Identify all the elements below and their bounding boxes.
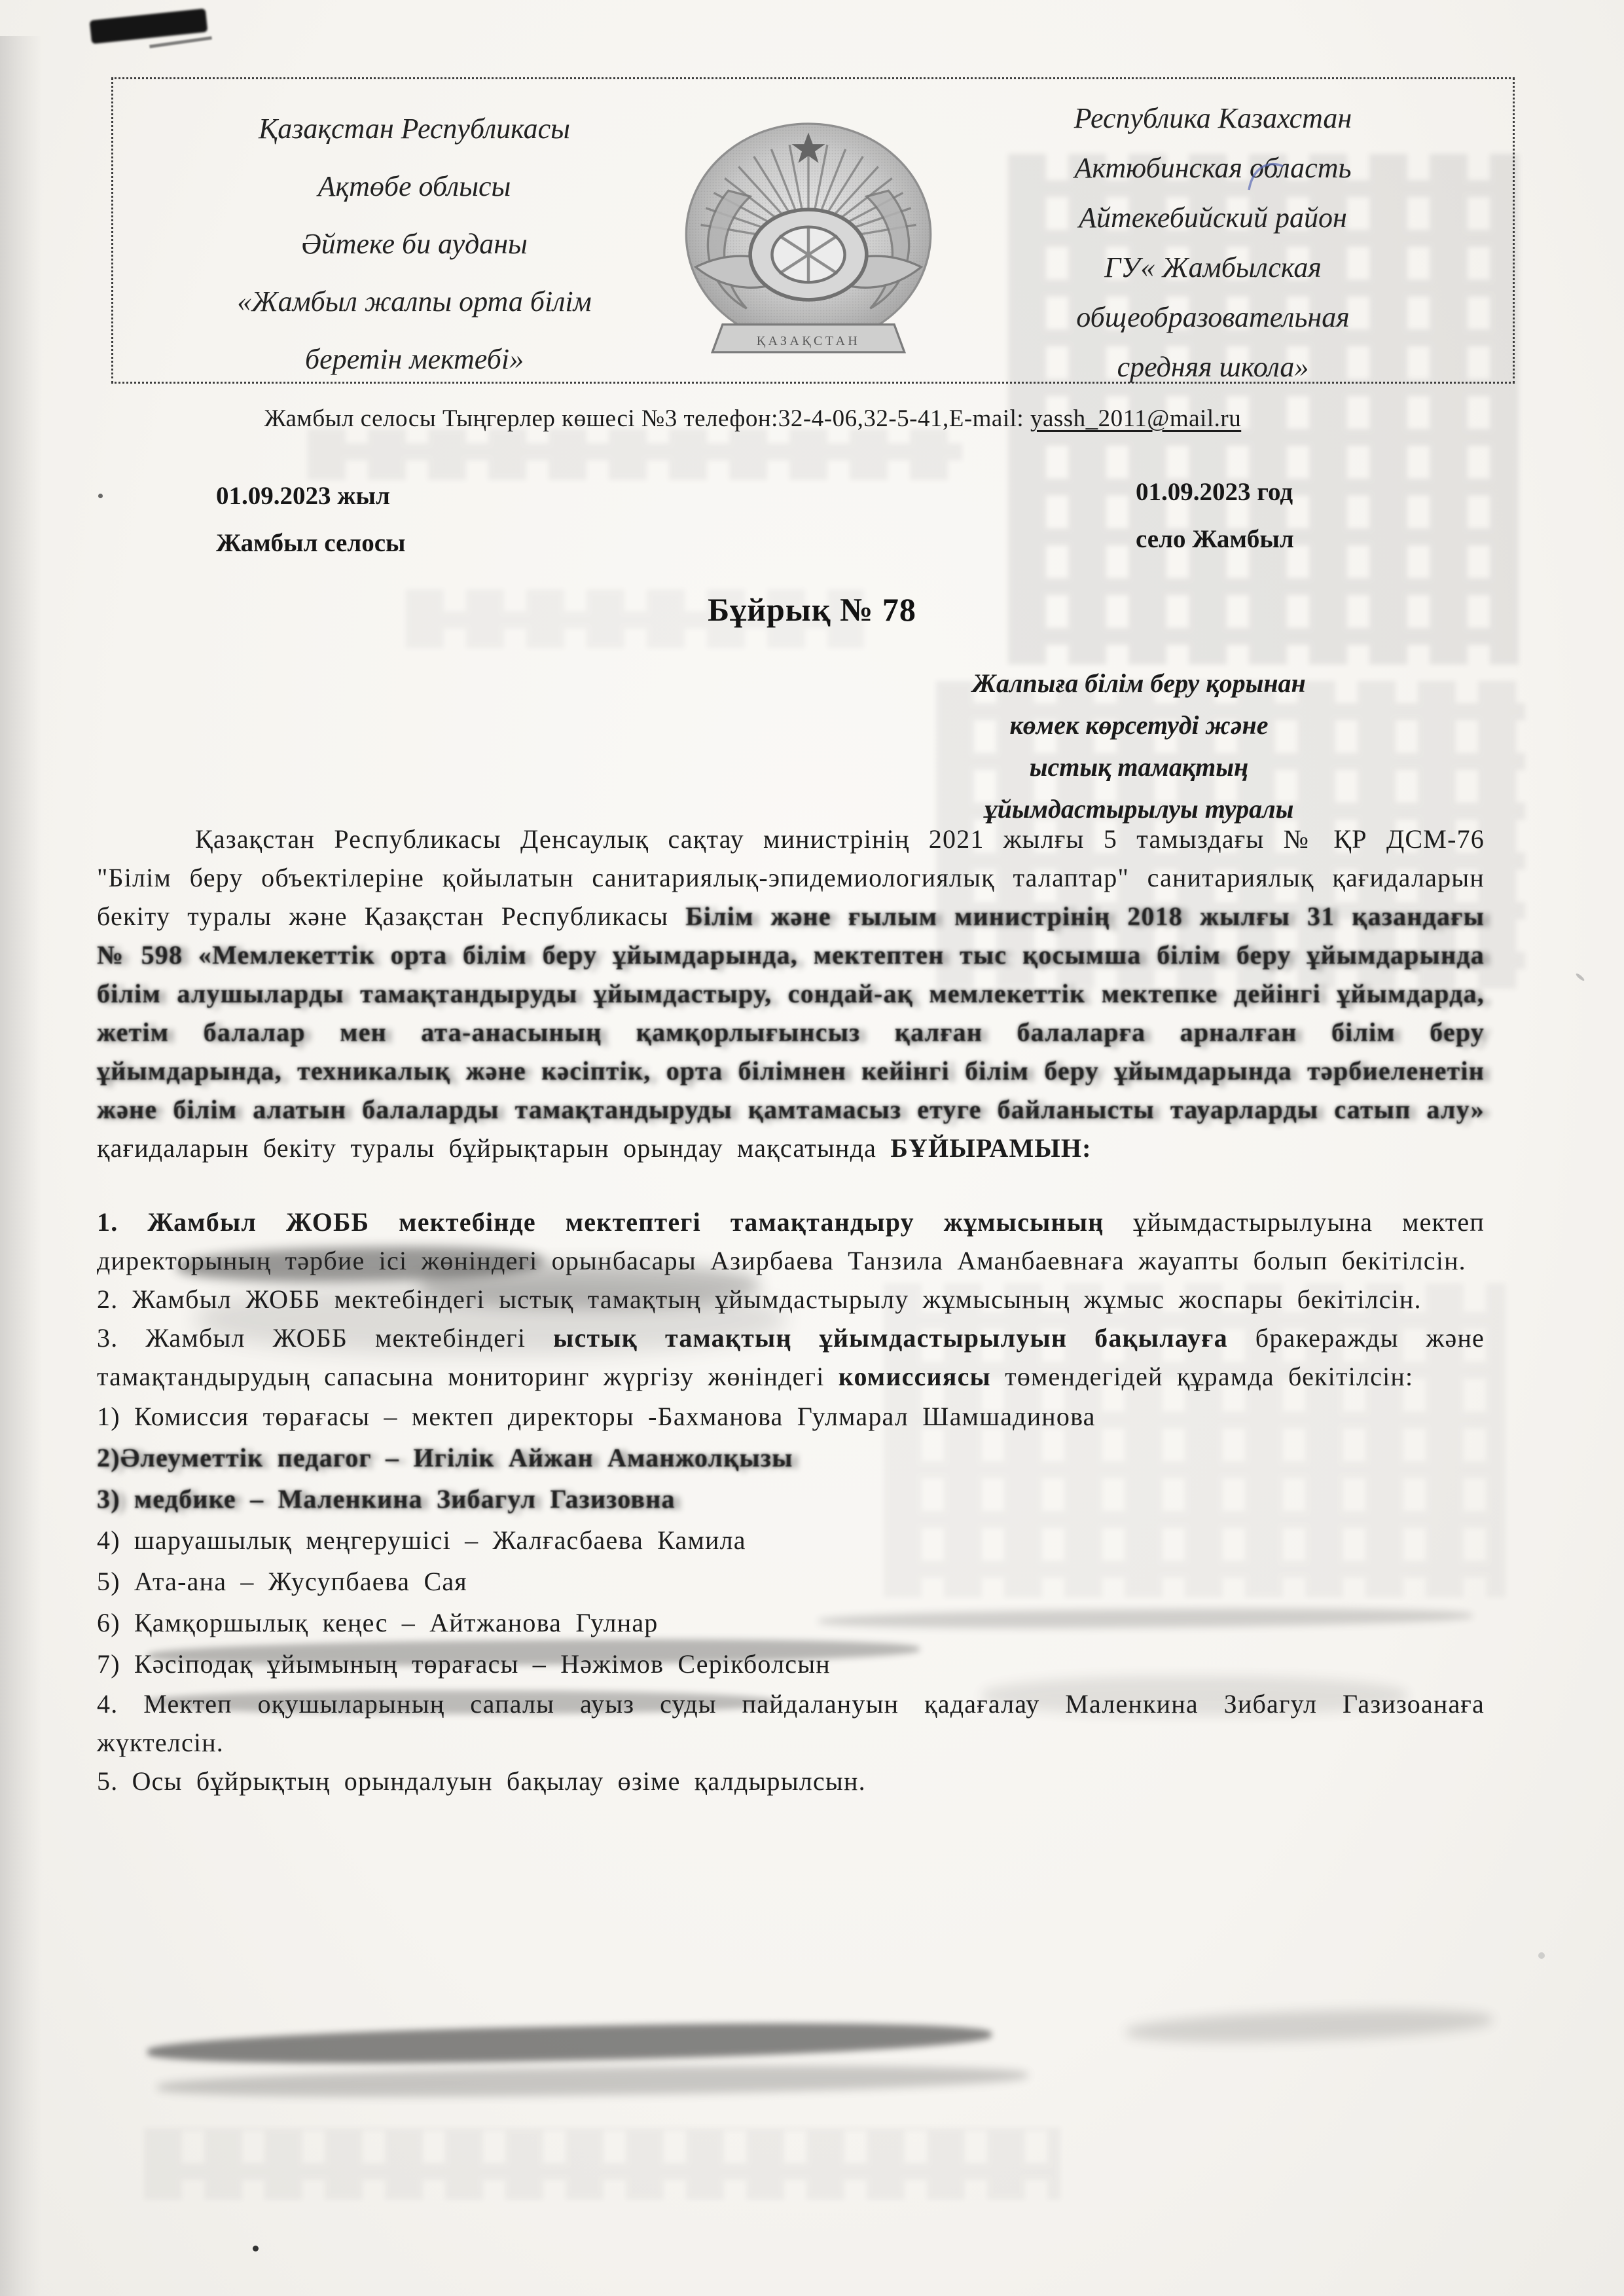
email-text: yassh_2011@mail.ru xyxy=(1030,405,1241,432)
ink-smudge xyxy=(147,1690,776,1714)
ink-smudge xyxy=(982,1676,1407,1715)
letterhead-line: средняя школа» xyxy=(945,342,1481,392)
signature-smudge xyxy=(1125,2005,1492,2047)
order-subject: Жалпыға білім беру қорынан көмек көрсету… xyxy=(916,663,1362,830)
order-verb-caps: БҰЙЫРАМЫН: xyxy=(890,1133,1091,1163)
commission-member: 1) Комиссия төрағасы – мектеп директоры … xyxy=(97,1396,1485,1437)
date-place-right: 01.09.2023 год село Жамбыл xyxy=(1136,469,1294,563)
ink-smudge xyxy=(196,1283,785,1355)
letterhead-kazakh: Қазақстан Республикасы Ақтөбе облысы Әйт… xyxy=(126,100,702,388)
subject-line: Жалпыға білім беру қорынан xyxy=(916,663,1362,704)
letterhead-box: Қазақстан Республикасы Ақтөбе облысы Әйт… xyxy=(111,77,1515,384)
scanner-edge-shadow xyxy=(0,36,42,2296)
kazakhstan-emblem-icon: ҚАЗАҚСТАН xyxy=(677,117,939,366)
preamble-paragraph: Қазақстан Республикасы Денсаулық сақтау … xyxy=(97,820,1485,1167)
commission-member: 5) Ата-ана – Жусупбаева Сая xyxy=(97,1561,1485,1602)
letterhead-line: Айтекебийский район xyxy=(945,193,1481,243)
letterhead-line: общеобразовательная xyxy=(945,293,1481,342)
ink-speck xyxy=(1538,1952,1545,1959)
letterhead-line: «Жамбыл жалпы орта білім xyxy=(126,273,702,331)
signature-smudge xyxy=(157,2062,1028,2102)
date-line: 01.09.2023 год xyxy=(1136,469,1294,516)
emblem-banner-text: ҚАЗАҚСТАН xyxy=(757,334,861,348)
commission-member: 4) шаруашылық меңгерушісі – Жалғасбаева … xyxy=(97,1520,1485,1561)
letterhead-line: Республика Казахстан xyxy=(945,94,1481,143)
subject-line: көмек көрсетуді және xyxy=(916,704,1362,746)
letterhead-line: ГУ« Жамбылская xyxy=(945,243,1481,293)
blue-pen-mark xyxy=(1244,156,1290,195)
order-item-5: 5. Осы бұйрықтың орындалуын бақылау өзім… xyxy=(97,1762,1485,1800)
date-place-left: 01.09.2023 жыл Жамбыл селосы xyxy=(216,473,405,567)
ink-speck xyxy=(98,494,103,498)
signature-smudge xyxy=(147,2017,992,2069)
commission-member: 2)Әлеуметтік педагог – Игілік Айжан Аман… xyxy=(97,1437,1485,1478)
ink-speck xyxy=(1575,972,1585,981)
scan-corner-line xyxy=(149,36,212,48)
letterhead-line: Актюбинская область xyxy=(945,143,1481,193)
letterhead-line: Әйтеке би ауданы xyxy=(126,215,702,273)
letterhead-line: Ақтөбе облысы xyxy=(126,158,702,215)
ink-speck xyxy=(253,2246,259,2251)
preamble-text: қағидаларын бекіту туралы бұйрықтарын ор… xyxy=(97,1133,890,1163)
commission-member: 3) медбике – Маленкина Зибагул Газизовна xyxy=(97,1478,1485,1520)
preamble-bold-text: Білім және ғылым министрінің 2018 жылғы … xyxy=(97,902,1485,1124)
order-title: Бұйрық № 78 xyxy=(0,591,1624,629)
address-line: Жамбыл селосы Тыңгерлер көшесі №3 телефо… xyxy=(0,405,1506,433)
subject-line: ыстық тамақтың xyxy=(916,746,1362,788)
date-line: 01.09.2023 жыл xyxy=(216,473,405,520)
scanned-order-document: Қазақстан Республикасы Ақтөбе облысы Әйт… xyxy=(0,0,1624,2296)
place-line: село Жамбыл xyxy=(1136,516,1294,563)
letterhead-russian: Республика Казахстан Актюбинская область… xyxy=(945,94,1481,392)
bleedthrough-text xyxy=(144,2128,1060,2200)
bleedthrough-text xyxy=(308,429,962,480)
letterhead-line: беретін мектебі» xyxy=(126,331,702,388)
address-text: Жамбыл селосы Тыңгерлер көшесі №3 телефо… xyxy=(264,405,1030,432)
place-line: Жамбыл селосы xyxy=(216,520,405,567)
letterhead-line: Қазақстан Республикасы xyxy=(126,100,702,158)
